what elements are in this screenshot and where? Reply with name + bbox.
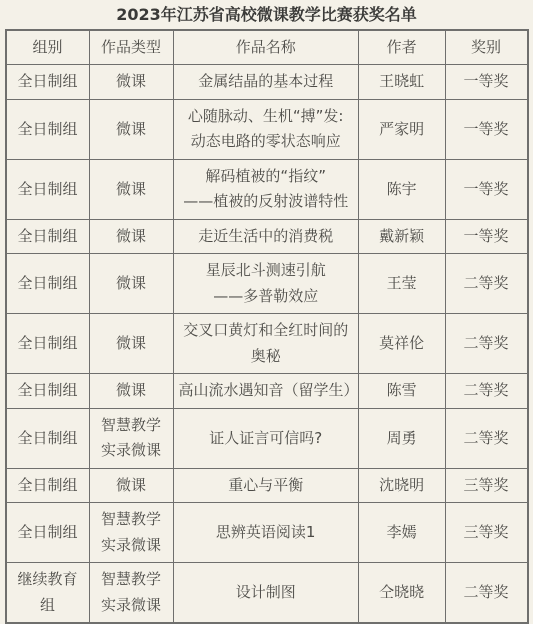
cell-work: 思辨英语阅读1 bbox=[173, 503, 358, 563]
cell-work: 走近生活中的消费税 bbox=[173, 219, 358, 254]
page: 2023年江苏省高校微课教学比赛获奖名单 组别 作品类型 作品名称 作者 奖别 … bbox=[0, 0, 533, 612]
cell-type: 微课 bbox=[89, 374, 173, 409]
cell-group: 全日制组 bbox=[6, 219, 90, 254]
table-row: 全日制组 微课 星辰北斗测速引航 ——多普勒效应 王莹 二等奖 bbox=[6, 254, 528, 314]
cell-award: 二等奖 bbox=[445, 374, 528, 409]
table-row: 全日制组 微课 金属结晶的基本过程 王晓虹 一等奖 bbox=[6, 65, 528, 100]
cell-group: 全日制组 bbox=[6, 314, 90, 374]
column-header-work: 作品名称 bbox=[173, 30, 358, 65]
cell-award: 二等奖 bbox=[445, 563, 528, 624]
cell-group: 全日制组 bbox=[6, 408, 90, 468]
cell-type: 微课 bbox=[89, 219, 173, 254]
header-row: 组别 作品类型 作品名称 作者 奖别 bbox=[6, 30, 528, 65]
cell-award: 二等奖 bbox=[445, 408, 528, 468]
cell-type: 微课 bbox=[89, 159, 173, 219]
cell-author: 沈晓明 bbox=[358, 468, 445, 503]
table-row: 继续教育组 智慧教学 实录微课 设计制图 仝晓晓 二等奖 bbox=[6, 563, 528, 624]
cell-group: 全日制组 bbox=[6, 254, 90, 314]
cell-type: 智慧教学 实录微课 bbox=[89, 503, 173, 563]
table-row: 全日制组 微课 心随脉动、生机“搏”发: 动态电路的零状态响应 严家明 一等奖 bbox=[6, 99, 528, 159]
cell-award: 一等奖 bbox=[445, 65, 528, 100]
cell-award: 一等奖 bbox=[445, 159, 528, 219]
table-row: 全日制组 智慧教学 实录微课 思辨英语阅读1 李嫣 三等奖 bbox=[6, 503, 528, 563]
column-header-award: 奖别 bbox=[445, 30, 528, 65]
table-row: 全日制组 微课 高山流水遇知音（留学生） 陈雪 二等奖 bbox=[6, 374, 528, 409]
cell-award: 一等奖 bbox=[445, 219, 528, 254]
cell-group: 全日制组 bbox=[6, 99, 90, 159]
cell-work: 重心与平衡 bbox=[173, 468, 358, 503]
cell-group: 全日制组 bbox=[6, 374, 90, 409]
cell-work: 解码植被的“指纹” ——植被的反射波谱特性 bbox=[173, 159, 358, 219]
cell-work: 交叉口黄灯和全红时间的奥秘 bbox=[173, 314, 358, 374]
table-row: 全日制组 微课 交叉口黄灯和全红时间的奥秘 莫祥伦 二等奖 bbox=[6, 314, 528, 374]
cell-author: 李嫣 bbox=[358, 503, 445, 563]
cell-author: 莫祥伦 bbox=[358, 314, 445, 374]
cell-award: 二等奖 bbox=[445, 314, 528, 374]
cell-author: 戴新颖 bbox=[358, 219, 445, 254]
awards-table: 组别 作品类型 作品名称 作者 奖别 全日制组 微课 金属结晶的基本过程 王晓虹… bbox=[5, 29, 529, 624]
cell-type: 微课 bbox=[89, 65, 173, 100]
cell-type: 微课 bbox=[89, 99, 173, 159]
cell-award: 三等奖 bbox=[445, 503, 528, 563]
cell-author: 王莹 bbox=[358, 254, 445, 314]
cell-author: 陈宇 bbox=[358, 159, 445, 219]
cell-author: 陈雪 bbox=[358, 374, 445, 409]
cell-award: 三等奖 bbox=[445, 468, 528, 503]
cell-author: 王晓虹 bbox=[358, 65, 445, 100]
cell-type: 微课 bbox=[89, 314, 173, 374]
cell-award: 一等奖 bbox=[445, 99, 528, 159]
column-header-type: 作品类型 bbox=[89, 30, 173, 65]
cell-work: 证人证言可信吗? bbox=[173, 408, 358, 468]
table-row: 全日制组 微课 走近生活中的消费税 戴新颖 一等奖 bbox=[6, 219, 528, 254]
page-title: 2023年江苏省高校微课教学比赛获奖名单 bbox=[4, 5, 529, 26]
cell-group: 全日制组 bbox=[6, 468, 90, 503]
cell-work: 高山流水遇知音（留学生） bbox=[173, 374, 358, 409]
cell-work: 星辰北斗测速引航 ——多普勒效应 bbox=[173, 254, 358, 314]
cell-work: 金属结晶的基本过程 bbox=[173, 65, 358, 100]
table-row: 全日制组 智慧教学 实录微课 证人证言可信吗? 周勇 二等奖 bbox=[6, 408, 528, 468]
cell-type: 微课 bbox=[89, 468, 173, 503]
cell-work: 心随脉动、生机“搏”发: 动态电路的零状态响应 bbox=[173, 99, 358, 159]
cell-group: 全日制组 bbox=[6, 503, 90, 563]
cell-group: 全日制组 bbox=[6, 65, 90, 100]
column-header-group: 组别 bbox=[6, 30, 90, 65]
cell-author: 严家明 bbox=[358, 99, 445, 159]
column-header-author: 作者 bbox=[358, 30, 445, 65]
table-row: 全日制组 微课 解码植被的“指纹” ——植被的反射波谱特性 陈宇 一等奖 bbox=[6, 159, 528, 219]
cell-author: 周勇 bbox=[358, 408, 445, 468]
cell-work: 设计制图 bbox=[173, 563, 358, 624]
cell-award: 二等奖 bbox=[445, 254, 528, 314]
cell-group: 全日制组 bbox=[6, 159, 90, 219]
cell-type: 智慧教学 实录微课 bbox=[89, 408, 173, 468]
cell-group: 继续教育组 bbox=[6, 563, 90, 624]
table-row: 全日制组 微课 重心与平衡 沈晓明 三等奖 bbox=[6, 468, 528, 503]
cell-type: 微课 bbox=[89, 254, 173, 314]
cell-author: 仝晓晓 bbox=[358, 563, 445, 624]
cell-type: 智慧教学 实录微课 bbox=[89, 563, 173, 624]
